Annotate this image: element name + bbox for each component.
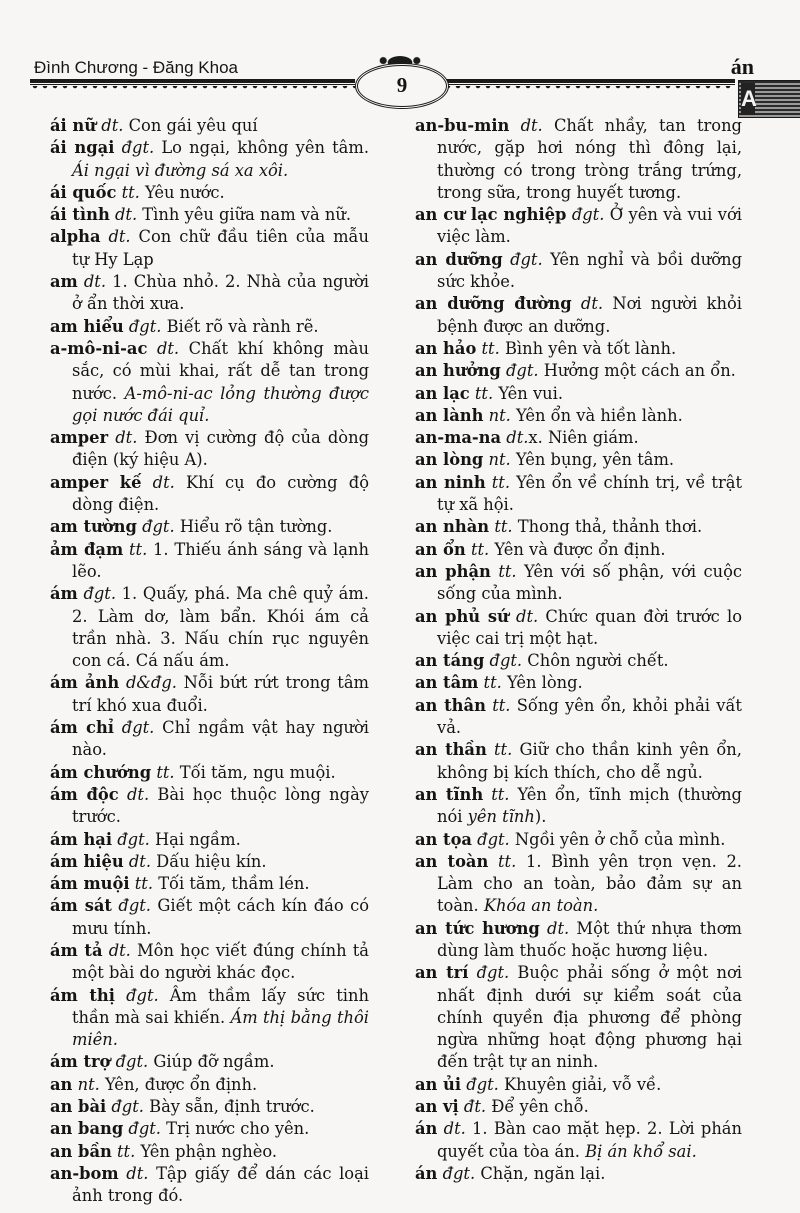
- part-of-speech: dt.: [84, 272, 106, 291]
- dictionary-entry: an toàn tt. 1. Bình yên trọn vẹn. 2. Làm…: [415, 851, 742, 918]
- definition: Ngồi yên ở chỗ của mình.: [510, 830, 726, 849]
- dictionary-entry: an bang đgt. Trị nước cho yên.: [50, 1118, 369, 1140]
- part-of-speech: tt.: [117, 1142, 135, 1161]
- dictionary-entry: ám đgt. 1. Quấy, phá. Ma chê quỷ ám. 2. …: [50, 583, 369, 672]
- headword: an cư lạc nghiệp: [415, 205, 566, 224]
- headword: an-ma-na: [415, 428, 501, 447]
- example: Khóa an toàn.: [484, 896, 598, 915]
- dictionary-entry: an dưỡng đgt. Yên nghỉ và bồi dưỡng sức …: [415, 249, 742, 294]
- part-of-speech: dt.: [109, 941, 131, 960]
- definition: Trị nước cho yên.: [161, 1119, 309, 1138]
- part-of-speech: đgt.: [443, 1164, 476, 1183]
- definition: x. Niên giám.: [528, 428, 638, 447]
- example: Ái ngại vì đường sá xa xôi.: [72, 161, 288, 180]
- headword: an tâm: [415, 673, 478, 692]
- headword: an lành: [415, 406, 483, 425]
- headword: am: [50, 272, 78, 291]
- dictionary-entry: ám thị đgt. Âm thầm lấy sức tinh thần mà…: [50, 985, 369, 1052]
- part-of-speech: đgt.: [122, 718, 155, 737]
- part-of-speech: tt.: [471, 540, 489, 559]
- author-running-head: Đình Chương - Đăng Khoa: [34, 58, 238, 78]
- definition-tail: ).: [535, 807, 547, 826]
- definition: Để yên chỗ.: [486, 1097, 589, 1116]
- dictionary-entry: an hưởng đgt. Hưởng một cách an ổn.: [415, 360, 742, 382]
- headword: an lòng: [415, 450, 483, 469]
- headword: a-mô-ni-ac: [50, 339, 147, 358]
- headword: ảm đạm: [50, 540, 123, 559]
- headword: an phủ sứ: [415, 607, 509, 626]
- headword: ám muội: [50, 874, 130, 893]
- headword: am tường: [50, 517, 137, 536]
- part-of-speech: đgt.: [490, 651, 523, 670]
- definition: Yên bụng, yên tâm.: [511, 450, 674, 469]
- dictionary-entry: ám hiệu dt. Dấu hiệu kín.: [50, 851, 369, 873]
- part-of-speech: dt.: [127, 785, 149, 804]
- headword: an dưỡng: [415, 250, 503, 269]
- definition: Chôn người chết.: [522, 651, 669, 670]
- dictionary-entry: an nhàn tt. Thong thả, thảnh thơi.: [415, 516, 742, 538]
- definition: Bày sẵn, định trước.: [144, 1097, 315, 1116]
- definition: Yên lòng.: [502, 673, 583, 692]
- definition: Dấu hiệu kín.: [151, 852, 267, 871]
- part-of-speech: tt.: [492, 473, 510, 492]
- dictionary-entry: an hảo tt. Bình yên và tốt lành.: [415, 338, 742, 360]
- left-column: ái nữ dt. Con gái yêu quíái ngại đgt. Lo…: [50, 115, 369, 1208]
- part-of-speech: đgt.: [122, 138, 155, 157]
- headword: amper kế: [50, 473, 141, 492]
- definition: Yên và được ổn định.: [489, 540, 665, 559]
- example: yên tĩnh: [468, 807, 535, 826]
- headword: an ủi: [415, 1075, 461, 1094]
- headword: an thân: [415, 696, 486, 715]
- dictionary-entry: an lòng nt. Yên bụng, yên tâm.: [415, 449, 742, 471]
- part-of-speech: dt.: [129, 852, 151, 871]
- definition: Yêu nước.: [140, 183, 225, 202]
- part-of-speech: đgt.: [477, 830, 510, 849]
- dictionary-entry: ái tình dt. Tình yêu giữa nam và nữ.: [50, 204, 369, 226]
- headword: ái ngại: [50, 138, 114, 157]
- part-of-speech: dt.: [101, 116, 123, 135]
- dictionary-entry: an lạc tt. Yên vui.: [415, 383, 742, 405]
- definition: Hiểu rõ tận tường.: [175, 517, 333, 536]
- dictionary-entry: ái ngại đgt. Lo ngại, không yên tâm. Ái …: [50, 137, 369, 182]
- definition: Tình yêu giữa nam và nữ.: [137, 205, 351, 224]
- headword: an hảo: [415, 339, 476, 358]
- dictionary-entry: alpha dt. Con chữ đầu tiên của mẫu tự Hy…: [50, 226, 369, 271]
- headword: an ổn: [415, 540, 466, 559]
- headword: amper: [50, 428, 108, 447]
- dictionary-entry: am tường đgt. Hiểu rõ tận tường.: [50, 516, 369, 538]
- headword: ái nữ: [50, 116, 96, 135]
- dictionary-entry: an ninh tt. Yên ổn về chính trị, về trật…: [415, 472, 742, 517]
- definition: Yên vui.: [493, 384, 563, 403]
- part-of-speech: tt.: [494, 517, 512, 536]
- dictionary-entry: ám chướng tt. Tối tăm, ngu muội.: [50, 762, 369, 784]
- part-of-speech: dt.: [126, 1164, 148, 1183]
- part-of-speech: dt.: [506, 428, 528, 447]
- page-header: Đình Chương - Đăng Khoa 9 án A: [0, 0, 800, 110]
- part-of-speech: đgt.: [118, 896, 151, 915]
- part-of-speech: dt.: [115, 205, 137, 224]
- part-of-speech: tt.: [498, 852, 516, 871]
- part-of-speech: dt.: [521, 116, 543, 135]
- dictionary-entry: ám tả dt. Môn học viết đúng chính tả một…: [50, 940, 369, 985]
- headword: an bài: [50, 1097, 106, 1116]
- part-of-speech: đgt.: [510, 250, 543, 269]
- part-of-speech: tt.: [129, 540, 147, 559]
- part-of-speech: đgt.: [126, 986, 159, 1005]
- dictionary-entry: ái nữ dt. Con gái yêu quí: [50, 115, 369, 137]
- dictionary-entry: amper dt. Đơn vị cường độ của dòng điện …: [50, 427, 369, 472]
- dictionary-entry: ám sát đgt. Giết một cách kín đáo có mưu…: [50, 895, 369, 940]
- headword: an-bom: [50, 1164, 119, 1183]
- dictionary-entry: ái quốc tt. Yêu nước.: [50, 182, 369, 204]
- dictionary-entry: ám ảnh d&đg. Nỗi bứt rứt trong tâm trí k…: [50, 672, 369, 717]
- headword: ám chướng: [50, 763, 151, 782]
- part-of-speech: đgt.: [142, 517, 175, 536]
- dictionary-entry: án đgt. Chặn, ngăn lại.: [415, 1163, 742, 1185]
- part-of-speech: tt.: [475, 384, 493, 403]
- definition: Yên, được ổn định.: [100, 1075, 257, 1094]
- definition: Con gái yêu quí: [123, 116, 257, 135]
- headword: an bang: [50, 1119, 123, 1138]
- headword: ám: [50, 584, 78, 603]
- thumb-index-tab: A: [738, 80, 800, 118]
- headword: an vị: [415, 1097, 459, 1116]
- dictionary-entry: an tức hương dt. Một thứ nhựa thơm dùng …: [415, 918, 742, 963]
- part-of-speech: nt.: [489, 450, 511, 469]
- definition: Giết một cách kín đáo có mưu tính.: [72, 896, 369, 937]
- part-of-speech: dt.: [516, 607, 538, 626]
- headword: an tĩnh: [415, 785, 483, 804]
- ornament-fringe-left: [30, 86, 355, 94]
- definition: 1. Quấy, phá. Ma chê quỷ ám. 2. Làm dơ, …: [72, 584, 369, 670]
- dictionary-entry: an nt. Yên, được ổn định.: [50, 1074, 369, 1096]
- part-of-speech: đgt.: [128, 1119, 161, 1138]
- example: Bị án khổ sai.: [585, 1142, 697, 1161]
- headword: an ninh: [415, 473, 486, 492]
- headword: an hưởng: [415, 361, 501, 380]
- part-of-speech: dt.: [153, 473, 175, 492]
- headword: an lạc: [415, 384, 470, 403]
- dictionary-entry: ám trợ đgt. Giúp đỡ ngầm.: [50, 1051, 369, 1073]
- part-of-speech: nt.: [78, 1075, 100, 1094]
- headword: ám tả: [50, 941, 103, 960]
- headword: an dưỡng đường: [415, 294, 572, 313]
- dictionary-entry: an phận tt. Yên với số phận, với cuộc số…: [415, 561, 742, 606]
- dictionary-entry: an-bom dt. Tập giấy để dán các loại ảnh …: [50, 1163, 369, 1208]
- part-of-speech: đgt.: [129, 317, 162, 336]
- definition: Hưởng một cách an ổn.: [539, 361, 736, 380]
- definition: Tối tăm, thầm lén.: [153, 874, 310, 893]
- ornament-fringe-right: [443, 86, 735, 94]
- header-rule-right-thin: [443, 84, 735, 85]
- part-of-speech: dt.: [108, 227, 130, 246]
- dictionary-entry: an trí đgt. Buộc phải sống ở một nơi nhấ…: [415, 962, 742, 1073]
- dictionary-entry: an thân tt. Sống yên ổn, khỏi phải vất v…: [415, 695, 742, 740]
- headword: ám chỉ: [50, 718, 114, 737]
- definition: Thong thả, thảnh thơi.: [513, 517, 703, 536]
- part-of-speech: đgt.: [83, 584, 116, 603]
- part-of-speech: tt.: [484, 673, 502, 692]
- headword: an bần: [50, 1142, 112, 1161]
- part-of-speech: đt.: [464, 1097, 486, 1116]
- part-of-speech: đgt.: [506, 361, 539, 380]
- part-of-speech: tt.: [492, 696, 510, 715]
- part-of-speech: nt.: [489, 406, 511, 425]
- part-of-speech: tt.: [156, 763, 174, 782]
- dictionary-entry: an ủi đgt. Khuyên giải, vỗ về.: [415, 1074, 742, 1096]
- dictionary-entry: an phủ sứ dt. Chức quan đời trước lo việ…: [415, 606, 742, 651]
- headword: ám trợ: [50, 1052, 110, 1071]
- part-of-speech: dt.: [547, 919, 569, 938]
- part-of-speech: tt.: [482, 339, 500, 358]
- dictionary-entry: an lành nt. Yên ổn và hiền lành.: [415, 405, 742, 427]
- definition: Tối tăm, ngu muội.: [175, 763, 336, 782]
- part-of-speech: dt.: [115, 428, 137, 447]
- headword: án: [415, 1164, 437, 1183]
- dictionary-entry: an-bu-min dt. Chất nhầy, tan trong nước,…: [415, 115, 742, 204]
- part-of-speech: đgt.: [477, 963, 510, 982]
- header-rule-right: [443, 79, 735, 83]
- headword: ái quốc: [50, 183, 116, 202]
- headword: ám hại: [50, 830, 112, 849]
- headword: am hiểu: [50, 317, 124, 336]
- headword: ám hiệu: [50, 852, 124, 871]
- headword: alpha: [50, 227, 101, 246]
- definition: Khuyên giải, vỗ về.: [499, 1075, 661, 1094]
- definition: Chỉ ngầm vật hay người nào.: [72, 718, 369, 759]
- definition: Chặn, ngăn lại.: [475, 1164, 605, 1183]
- dictionary-entry: am hiểu đgt. Biết rõ và rành rẽ.: [50, 316, 369, 338]
- part-of-speech: d&đg.: [126, 673, 177, 692]
- part-of-speech: đgt.: [466, 1075, 499, 1094]
- dictionary-entry: án dt. 1. Bàn cao mặt hẹp. 2. Lời phán q…: [415, 1118, 742, 1163]
- headword: ám thị: [50, 986, 115, 1005]
- dictionary-entry: amper kế dt. Khí cụ đo cường độ dòng điệ…: [50, 472, 369, 517]
- page-number: 9: [355, 63, 449, 109]
- part-of-speech: đgt.: [116, 1052, 149, 1071]
- dictionary-entry: an thần tt. Giữ cho thần kinh yên ổn, kh…: [415, 739, 742, 784]
- headword: an phận: [415, 562, 491, 581]
- part-of-speech: đgt.: [117, 830, 150, 849]
- dictionary-entry: ám độc dt. Bài học thuộc lòng ngày trước…: [50, 784, 369, 829]
- dictionary-entry: an bài đgt. Bày sẵn, định trước.: [50, 1096, 369, 1118]
- headword: an thần: [415, 740, 487, 759]
- headword: ám độc: [50, 785, 119, 804]
- dictionary-entry: an tĩnh tt. Yên ổn, tĩnh mịch (thường nó…: [415, 784, 742, 829]
- part-of-speech: dt.: [581, 294, 603, 313]
- part-of-speech: dt.: [157, 339, 179, 358]
- dictionary-entry: an vị đt. Để yên chỗ.: [415, 1096, 742, 1118]
- dictionary-entry: a-mô-ni-ac dt. Chất khí không màu sắc, c…: [50, 338, 369, 427]
- part-of-speech: tt.: [491, 785, 509, 804]
- headword: ám sát: [50, 896, 112, 915]
- header-rule-left-thin: [30, 84, 355, 85]
- definition: Bình yên và tốt lành.: [500, 339, 676, 358]
- headword: an toàn: [415, 852, 488, 871]
- headword: ái tình: [50, 205, 110, 224]
- definition: Lo ngại, không yên tâm.: [154, 138, 369, 157]
- headword: án: [415, 1119, 437, 1138]
- definition: Biết rõ và rành rẽ.: [161, 317, 318, 336]
- definition: Giúp đỡ ngầm.: [148, 1052, 274, 1071]
- headword: an tức hương: [415, 919, 540, 938]
- part-of-speech: tt.: [494, 740, 512, 759]
- definition: 1. Chùa nhỏ. 2. Nhà của người ở ẩn thời …: [72, 272, 369, 313]
- dictionary-entry: ám chỉ đgt. Chỉ ngầm vật hay người nào.: [50, 717, 369, 762]
- headword: ám ảnh: [50, 673, 119, 692]
- headword: an: [50, 1075, 72, 1094]
- header-rule-left: [30, 79, 355, 83]
- dictionary-entry: ám hại đgt. Hại ngầm.: [50, 829, 369, 851]
- headword: an táng: [415, 651, 484, 670]
- dictionary-entry: an táng đgt. Chôn người chết.: [415, 650, 742, 672]
- dictionary-entry: an dưỡng đường dt. Nơi người khỏi bệnh đ…: [415, 293, 742, 338]
- part-of-speech: đgt.: [111, 1097, 144, 1116]
- dictionary-entry: am dt. 1. Chùa nhỏ. 2. Nhà của người ở ẩ…: [50, 271, 369, 316]
- dictionary-entry: ảm đạm tt. 1. Thiếu ánh sáng và lạnh lẽo…: [50, 539, 369, 584]
- dictionary-entry: an tọa đgt. Ngồi yên ở chỗ của mình.: [415, 829, 742, 851]
- definition: Hại ngầm.: [150, 830, 241, 849]
- definition: Yên phận nghèo.: [135, 1142, 277, 1161]
- dictionary-entry: an-ma-na dt.x. Niên giám.: [415, 427, 742, 449]
- part-of-speech: dt.: [444, 1119, 466, 1138]
- dictionary-entry: ám muội tt. Tối tăm, thầm lén.: [50, 873, 369, 895]
- headword: an tọa: [415, 830, 472, 849]
- right-column: an-bu-min dt. Chất nhầy, tan trong nước,…: [415, 115, 742, 1185]
- dictionary-entry: an cư lạc nghiệp đgt. Ở yên và vui với v…: [415, 204, 742, 249]
- definition: Yên ổn và hiền lành.: [511, 406, 683, 425]
- part-of-speech: tt.: [135, 874, 153, 893]
- part-of-speech: tt.: [498, 562, 516, 581]
- thumb-tab-letter: A: [741, 83, 755, 115]
- dictionary-entry: an ổn tt. Yên và được ổn định.: [415, 539, 742, 561]
- guide-word: án: [731, 54, 754, 80]
- part-of-speech: tt.: [122, 183, 140, 202]
- dictionary-entry: an tâm tt. Yên lòng.: [415, 672, 742, 694]
- headword: an-bu-min: [415, 116, 509, 135]
- dictionary-entry: an bần tt. Yên phận nghèo.: [50, 1141, 369, 1163]
- headword: an nhàn: [415, 517, 489, 536]
- part-of-speech: đgt.: [572, 205, 605, 224]
- headword: an trí: [415, 963, 468, 982]
